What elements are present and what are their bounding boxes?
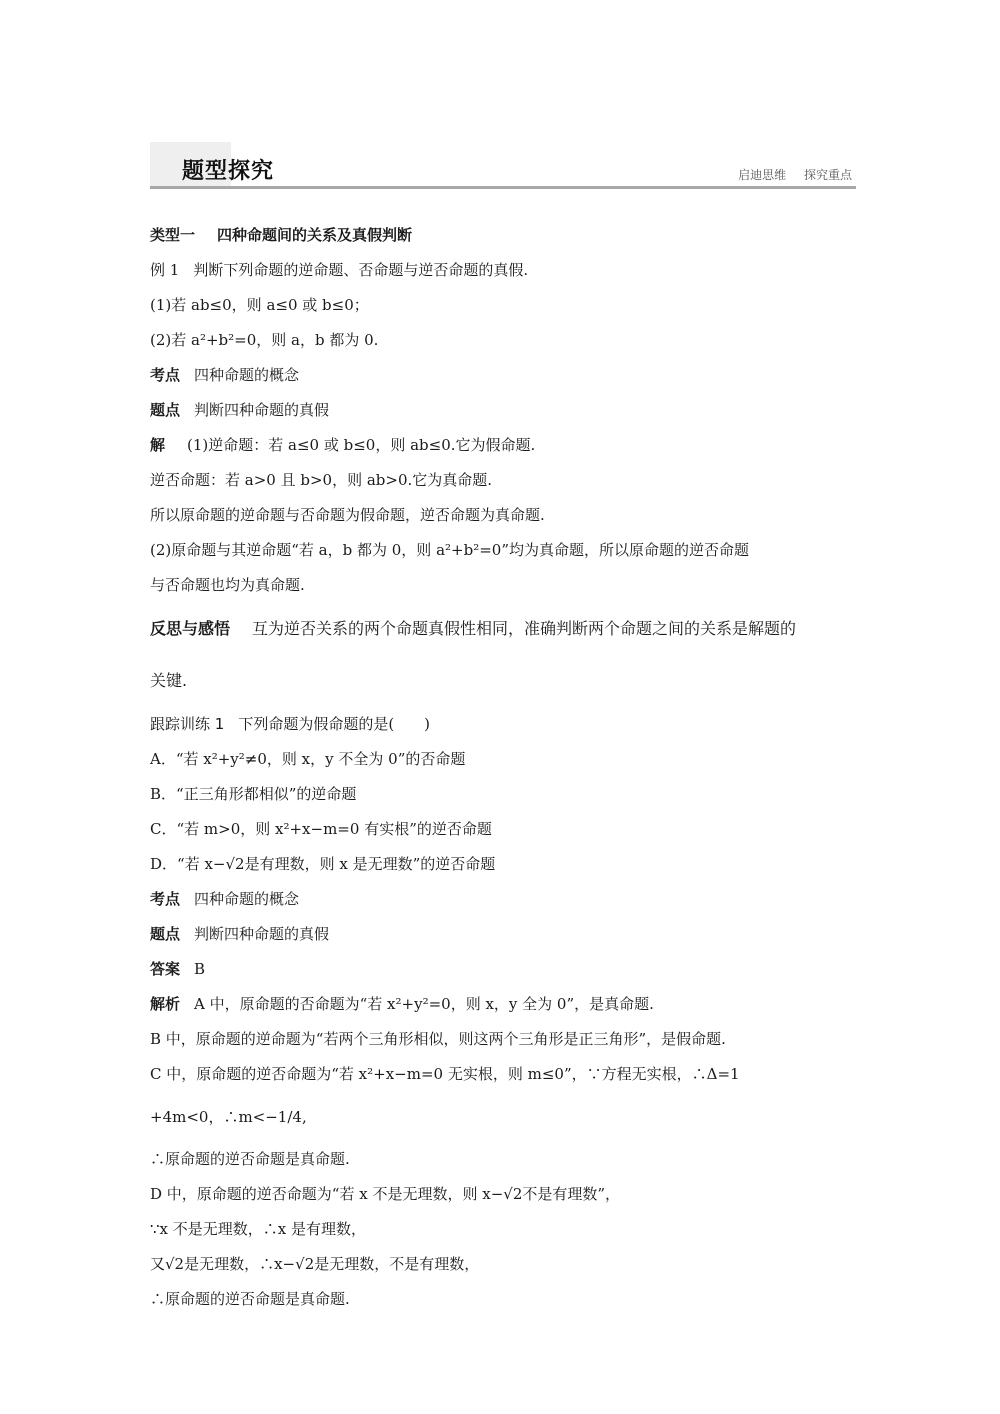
answer-value: B: [194, 960, 205, 978]
section-heading-label: 类型一: [150, 226, 195, 244]
analysis-line: 解析A 中，原命题的否命题为“若 x²+y²=0，则 x，y 全为 0”，是真命…: [150, 987, 856, 1022]
answer-label: 答案: [150, 960, 180, 978]
analysis-text: A 中，原命题的否命题为“若 x²+y²=0，则 x，y 全为 0”，是真命题.: [194, 995, 654, 1013]
tidian-row: 题点判断四种命题的真假: [150, 393, 856, 428]
analysis-line: ∴原命题的逆否命题是真命题.: [150, 1282, 856, 1317]
tidian-value: 判断四种命题的真假: [194, 401, 329, 419]
header-divider: [150, 186, 856, 189]
solution-line: 解(1)逆命题：若 a≤0 或 b≤0，则 ab≤0.它为假命题.: [150, 428, 856, 463]
kaodian-label: 考点: [150, 890, 180, 908]
analysis-line: ∴原命题的逆否命题是真命题.: [150, 1142, 856, 1177]
example-text: 判断下列命题的逆命题、否命题与逆否命题的真假.: [193, 261, 528, 279]
example-prompt: 例 1判断下列命题的逆命题、否命题与逆否命题的真假.: [150, 253, 856, 288]
solution-line: 与否命题也均为真命题.: [150, 568, 856, 603]
analysis-line: 又√2是无理数，∴x−√2是无理数，不是有理数，: [150, 1247, 856, 1282]
tidian-label: 题点: [150, 925, 180, 943]
header-subtitle-right: 探究重点: [804, 168, 852, 182]
solution-line: 逆否命题：若 a>0 且 b>0，则 ab>0.它为真命题.: [150, 463, 856, 498]
solution-line: (2)原命题与其逆命题“若 a，b 都为 0，则 a²+b²=0”均为真命题，所…: [150, 533, 856, 568]
practice-label: 跟踪训练 1: [150, 715, 224, 733]
practice-option-d: D．“若 x−√2是有理数，则 x 是无理数”的逆否命题: [150, 847, 856, 882]
solution-text: (1)逆命题：若 a≤0 或 b≤0，则 ab≤0.它为假命题.: [187, 436, 535, 454]
kaodian-row: 考点四种命题的概念: [150, 882, 856, 917]
page-title: 题型探究: [182, 154, 274, 185]
reflection-line: 关键.: [150, 655, 856, 707]
kaodian-value: 四种命题的概念: [194, 366, 299, 384]
analysis-line: D 中，原命题的逆否命题为“若 x 不是无理数，则 x−√2不是有理数”，: [150, 1177, 856, 1212]
solution-line: 所以原命题的逆命题与否命题为假命题，逆否命题为真命题.: [150, 498, 856, 533]
practice-prompt: 跟踪训练 1下列命题为假命题的是( ): [150, 707, 856, 742]
analysis-line: +4m<0，∴m<−1/4,: [150, 1092, 856, 1142]
tidian-value: 判断四种命题的真假: [194, 925, 329, 943]
reflection-text: 互为逆否关系的两个命题真假性相同，准确判断两个命题之间的关系是解题的: [252, 619, 796, 638]
example-item: (1)若 ab≤0，则 a≤0 或 b≤0；: [150, 288, 856, 323]
analysis-label: 解析: [150, 995, 180, 1013]
answer-row: 答案B: [150, 952, 856, 987]
section-heading: 类型一四种命题间的关系及真假判断: [150, 218, 856, 253]
header-subtitle: 启迪思维 探究重点: [738, 166, 852, 183]
section-header: 题型探究 启迪思维 探究重点: [150, 142, 856, 188]
practice-option-b: B．“正三角形都相似”的逆命题: [150, 777, 856, 812]
solution-label: 解: [150, 436, 165, 454]
section-heading-text: 四种命题间的关系及真假判断: [217, 226, 412, 244]
reflection-line: 反思与感悟互为逆否关系的两个命题真假性相同，准确判断两个命题之间的关系是解题的: [150, 603, 856, 655]
kaodian-label: 考点: [150, 366, 180, 384]
kaodian-value: 四种命题的概念: [194, 890, 299, 908]
practice-text: 下列命题为假命题的是( ): [238, 715, 430, 733]
tidian-label: 题点: [150, 401, 180, 419]
kaodian-row: 考点四种命题的概念: [150, 358, 856, 393]
practice-option-a: A．“若 x²+y²≠0，则 x，y 不全为 0”的否命题: [150, 742, 856, 777]
example-item: (2)若 a²+b²=0，则 a，b 都为 0.: [150, 323, 856, 358]
tidian-row: 题点判断四种命题的真假: [150, 917, 856, 952]
reflection-label: 反思与感悟: [150, 619, 230, 638]
analysis-line: B 中，原命题的逆命题为“若两个三角形相似，则这两个三角形是正三角形”，是假命题…: [150, 1022, 856, 1057]
practice-option-c: C．“若 m>0，则 x²+x−m=0 有实根”的逆否命题: [150, 812, 856, 847]
document-body: 类型一四种命题间的关系及真假判断 例 1判断下列命题的逆命题、否命题与逆否命题的…: [150, 218, 856, 1317]
example-label: 例 1: [150, 261, 179, 279]
analysis-line: C 中，原命题的逆否命题为“若 x²+x−m=0 无实根，则 m≤0”，∵方程无…: [150, 1057, 856, 1092]
analysis-line: ∵x 不是无理数，∴x 是有理数，: [150, 1212, 856, 1247]
header-subtitle-left: 启迪思维: [738, 168, 786, 182]
